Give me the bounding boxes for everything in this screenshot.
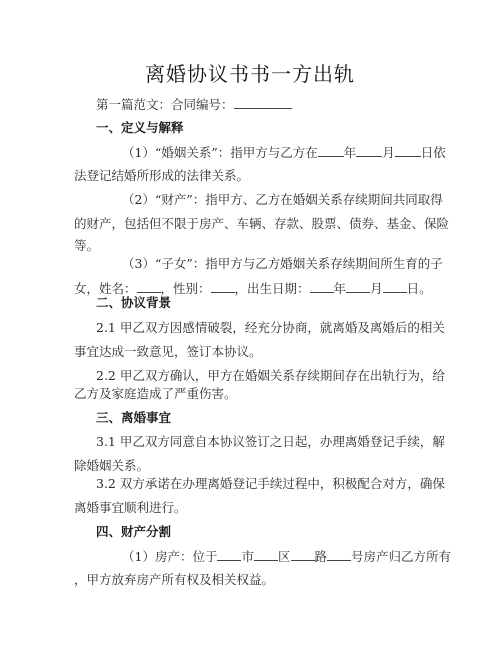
paragraph-line: ，甲方放弃房产所有权及相关权益。 — [74, 572, 434, 588]
blank-field — [346, 280, 370, 293]
text-span: 号房产归乙方所有 — [351, 549, 451, 564]
text-span: 年 — [344, 145, 357, 160]
blank-field — [356, 144, 382, 157]
text-span: 路 — [315, 549, 328, 564]
text-span: 月 — [370, 281, 383, 296]
section-heading-4: 四、财产分割 — [96, 524, 456, 540]
document-page: 离婚协议书书一方出轨 第一篇范文：合同编号： 一、定义与解释 （1）“婚姻关系”… — [0, 0, 500, 647]
text-span: 市 — [241, 549, 254, 564]
text-span: 区 — [278, 549, 291, 564]
blank-field — [327, 548, 351, 561]
text-span: （1）“婚姻关系”：指甲方与乙方在 — [122, 145, 318, 160]
blank-field — [395, 144, 421, 157]
blank-field — [254, 548, 278, 561]
text-span: （1）房产：位于 — [122, 549, 217, 564]
paragraph-line: 2.2 甲乙双方确认，甲方在婚姻关系存续期间存在出轨行为，给 — [96, 368, 456, 384]
blank-field — [291, 548, 315, 561]
text-span: 月 — [382, 145, 395, 160]
blank-field — [310, 280, 334, 293]
blank-field — [137, 280, 161, 293]
paragraph-line: 的财产，包括但不限于房产、车辆、存款、股票、债券、基金、保险 — [74, 216, 434, 232]
contract-number-label: 第一篇范文：合同编号： — [96, 97, 234, 112]
text-span: ，性别： — [161, 281, 211, 296]
blank-field — [211, 280, 235, 293]
contract-number-blank — [234, 96, 292, 109]
blank-field — [383, 280, 407, 293]
paragraph-line: 3.2 双方承诺在办理离婚登记手续过程中，积极配合对方，确保 — [96, 476, 456, 492]
paragraph-line: 法登记结婚所形成的法律关系。 — [74, 168, 434, 184]
paragraph-line: 3.1 甲乙双方同意自本协议签订之日起，办理离婚登记手续，解 — [96, 434, 456, 450]
text-span: 年 — [334, 281, 347, 296]
blank-field — [217, 548, 241, 561]
text-span: ，出生日期： — [235, 281, 310, 296]
paragraph-line: （1）房产：位于市区路号房产归乙方所有 — [122, 548, 482, 565]
section-heading-3: 三、离婚事宜 — [96, 410, 456, 426]
text-span: 女，姓名： — [74, 281, 137, 296]
text-span: 日。 — [407, 281, 432, 296]
section-heading-2: 二、协议背景 — [96, 295, 456, 311]
paragraph-line: 离婚事宜顺利进行。 — [74, 500, 434, 516]
paragraph-line: 等。 — [74, 238, 434, 254]
document-title: 离婚协议书书一方出轨 — [0, 58, 500, 87]
text-span: 日依 — [421, 145, 446, 160]
blank-field — [318, 144, 344, 157]
contract-number-line: 第一篇范文：合同编号： — [96, 96, 456, 113]
paragraph-line: （1）“婚姻关系”：指甲方与乙方在年月日依 — [122, 144, 482, 161]
paragraph-line: （3）“子女”：指甲方与乙方婚姻关系存续期间所生育的子 — [122, 256, 482, 272]
section-heading-1: 一、定义与解释 — [96, 120, 456, 136]
paragraph-line: （2）“财产”：指甲方、乙方在婚姻关系存续期间共同取得 — [122, 192, 482, 208]
paragraph-line: 除婚姻关系。 — [74, 458, 434, 474]
paragraph-line: 乙方及家庭造成了严重伤害。 — [74, 386, 434, 402]
paragraph-line: 事宜达成一致意见，签订本协议。 — [74, 344, 434, 360]
paragraph-line: 2.1 甲乙双方因感情破裂，经充分协商，就离婚及离婚后的相关 — [96, 320, 456, 336]
